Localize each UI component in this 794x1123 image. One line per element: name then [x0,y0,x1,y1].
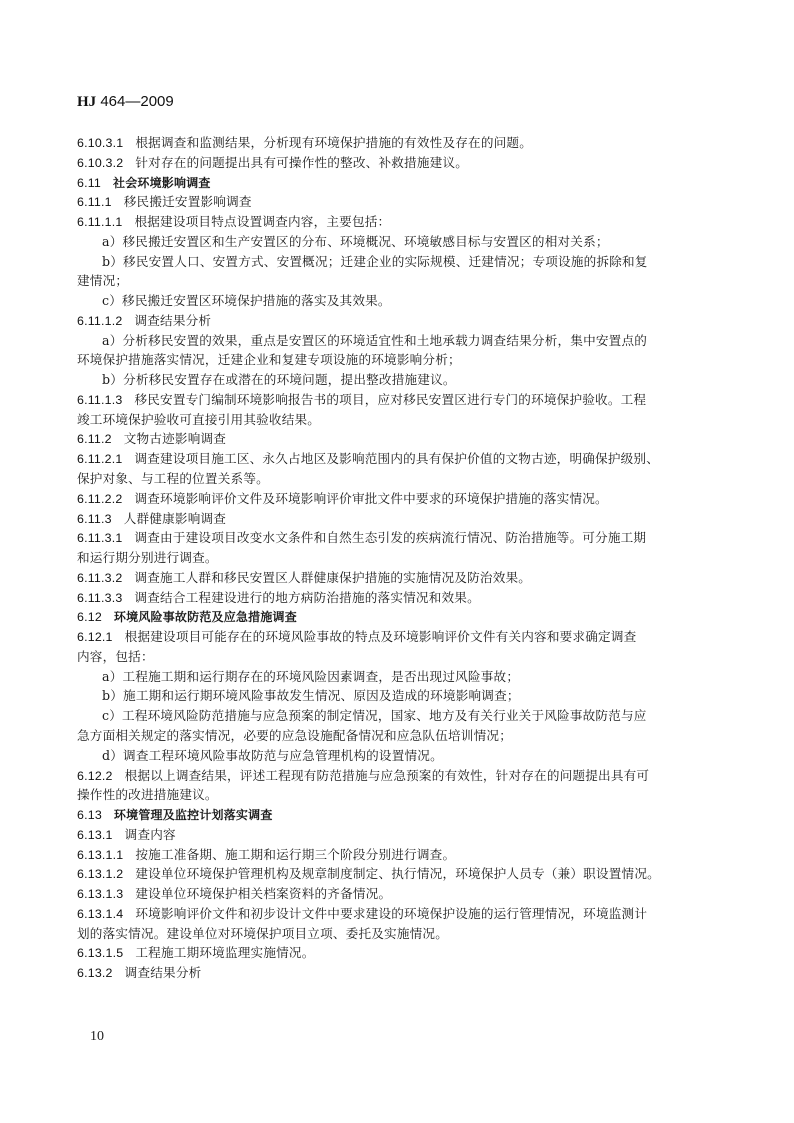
clause-text: 划的落实情况。建设单位对环境保护项目立项、委托及实施情况。 [77,926,448,941]
clause-number: 6.10.3.1 [77,134,123,153]
clause-number: 6.13.2 [77,964,113,983]
list-item: b）施工期和运行期环境风险事故发生情况、原因及造成的环境影响调查； [77,686,719,706]
clause-line: 6.13.1调查内容 [77,825,719,845]
paragraph-continuation: 保护对象、与工程的位置关系等。 [77,469,719,489]
paragraph-continuation: 划的落实情况。建设单位对环境保护项目立项、委托及实施情况。 [77,924,719,944]
clause-text: 调查结果分析 [134,313,211,328]
clause-line: 6.11.1移民搬迁安置影响调查 [77,192,719,212]
clause-number: 6.11.1 [77,193,112,212]
clause-text: 调查结果分析 [125,965,202,980]
paragraph-continuation: 和运行期分别进行调查。 [77,548,719,568]
clause-line: 6.13.1.4环境影响评价文件和初步设计文件中要求建设的环境保护设施的运行管理… [77,904,719,924]
clause-text: 环境保护措施落实情况，迁建企业和复建专项设施的环境影响分析； [77,352,461,367]
list-item: b）分析移民安置存在或潜在的环境问题，提出整改措施建议。 [77,370,719,390]
clause-number: 6.11.2 [77,430,112,449]
clause-number: 6.11.1.1 [77,213,122,232]
clause-text: 按施工准备期、施工期和运行期三个阶段分别进行调查。 [135,847,455,862]
paragraph-continuation: 操作性的改进措施建议。 [77,785,719,805]
clause-line: 6.11.1.3移民安置专门编制环境影响报告书的项目，应对移民安置区进行专门的环… [77,390,719,410]
clause-line: 6.11.3.1调查由于建设项目改变水文条件和自然生态引发的疾病流行情况、防治措… [77,528,719,548]
clause-text: 根据以上调查结果，评述工程现有防范措施与应急预案的有效性，针对存在的问题提出具有… [125,768,650,783]
clause-line: 6.11.2文物古迹影响调查 [77,429,719,449]
clause-line: 6.11.3.2调查施工人群和移民安置区人群健康保护措施的实施情况及防治效果。 [77,568,719,588]
clause-line: 6.11.3.3调查结合工程建设进行的地方病防治措施的落实情况和效果。 [77,588,719,608]
section-heading: 6.11社会环境影响调查 [77,173,719,193]
clause-text: 竣工环境保护验收可直接引用其验收结果。 [77,412,320,427]
clause-text: 调查由于建设项目改变水文条件和自然生态引发的疾病流行情况、防治措施等。可分施工期 [134,530,646,545]
clause-text: 调查施工人群和移民安置区人群健康保护措施的实施情况及防治效果。 [134,570,531,585]
clause-text: a）工程施工期和运行期存在的环境风险因素调查，是否出现过风险事故； [102,669,519,684]
clause-text: 和运行期分别进行调查。 [77,550,218,565]
clause-text: 根据调查和监测结果，分析现有环境保护措施的有效性及存在的问题。 [135,135,532,150]
clause-number: 6.12.2 [77,767,113,786]
list-item: d）调查工程环境风险事故防范与应急管理机构的设置情况。 [77,746,719,766]
clause-text: b）分析移民安置存在或潜在的环境问题，提出整改措施建议。 [102,372,456,387]
clause-text: 建设单位环境保护管理机构及规章制度制定、执行情况，环境保护人员专（兼）职设置情况… [135,866,660,881]
standard-code: 464—2009 [96,93,174,110]
clause-text: 调查内容 [125,827,176,842]
document-body: 6.10.3.1根据调查和监测结果，分析现有环境保护措施的有效性及存在的问题。6… [77,133,719,983]
clause-line: 6.12.1根据建设项目可能存在的环境风险事故的特点及环境影响评价文件有关内容和… [77,627,719,647]
standard-prefix: HJ [77,94,96,110]
clause-number: 6.12 [77,608,102,627]
clause-line: 6.13.2调查结果分析 [77,963,719,983]
document-header: HJ 464—2009 [77,93,174,111]
clause-text: 环境管理及监控计划落实调查 [114,808,273,822]
paragraph-continuation: 竣工环境保护验收可直接引用其验收结果。 [77,410,719,430]
clause-line: 6.13.1.3建设单位环境保护相关档案资料的齐备情况。 [77,884,719,904]
clause-number: 6.13 [77,806,102,825]
clause-line: 6.11.2.1调查建设项目施工区、永久占地区及影响范围内的具有保护价值的文物古… [77,449,719,469]
clause-line: 6.11.1.2调查结果分析 [77,311,719,331]
clause-number: 6.13.1 [77,826,113,845]
clause-line: 6.13.1.2建设单位环境保护管理机构及规章制度制定、执行情况，环境保护人员专… [77,864,719,884]
clause-line: 6.12.2根据以上调查结果，评述工程现有防范措施与应急预案的有效性，针对存在的… [77,766,719,786]
clause-number: 6.13.1.2 [77,865,123,884]
clause-number: 6.11.2.2 [77,490,122,509]
clause-text: 环境影响评价文件和初步设计文件中要求建设的环境保护设施的运行管理情况，环境监测计 [135,906,647,921]
paragraph-continuation: 内容，包括： [77,647,719,667]
list-item: a）移民搬迁安置区和生产安置区的分布、环境概况、环境敏感目标与安置区的相对关系； [77,232,719,252]
clause-line: 6.11.2.2调查环境影响评价文件及环境影响评价审批文件中要求的环境保护措施的… [77,489,719,509]
clause-line: 6.11.3人群健康影响调查 [77,509,719,529]
clause-text: 根据建设项目特点设置调查内容，主要包括： [134,214,390,229]
clause-line: 6.13.1.1按施工准备期、施工期和运行期三个阶段分别进行调查。 [77,845,719,865]
clause-number: 6.13.1.1 [77,846,123,865]
section-heading: 6.13环境管理及监控计划落实调查 [77,805,719,825]
clause-text: c）工程环境风险防范措施与应急预案的制定情况，国家、地方及有关行业关于风险事故防… [102,708,647,723]
clause-number: 6.11.3 [77,510,112,529]
clause-number: 6.11.1.2 [77,312,122,331]
clause-text: 人群健康影响调查 [124,511,226,526]
paragraph-continuation: 环境保护措施落实情况，迁建企业和复建专项设施的环境影响分析； [77,350,719,370]
clause-text: 文物古迹影响调查 [124,431,226,446]
clause-text: b）移民安置人口、安置方式、安置概况；迁建企业的实际规模、迁建情况；专项设施的拆… [102,254,648,269]
clause-number: 6.13.1.3 [77,885,123,904]
clause-text: 建情况； [77,273,128,288]
clause-number: 6.11.3.2 [77,569,122,588]
clause-text: 工程施工期环境监理实施情况。 [135,945,314,960]
clause-number: 6.11.3.1 [77,529,122,548]
clause-text: 移民安置专门编制环境影响报告书的项目，应对移民安置区进行专门的环境保护验收。工程 [134,392,646,407]
list-item: a）工程施工期和运行期存在的环境风险因素调查，是否出现过风险事故； [77,667,719,687]
clause-number: 6.13.1.4 [77,905,123,924]
clause-text: 移民搬迁安置影响调查 [124,194,252,209]
clause-text: b）施工期和运行期环境风险事故发生情况、原因及造成的环境影响调查； [102,688,520,703]
clause-line: 6.13.1.5工程施工期环境监理实施情况。 [77,943,719,963]
clause-line: 6.10.3.2针对存在的问题提出具有可操作性的整改、补救措施建议。 [77,153,719,173]
clause-text: 保护对象、与工程的位置关系等。 [77,471,269,486]
list-item: c）移民搬迁安置区环境保护措施的落实及其效果。 [77,291,719,311]
clause-text: a）移民搬迁安置区和生产安置区的分布、环境概况、环境敏感目标与安置区的相对关系； [102,234,609,249]
section-heading: 6.12环境风险事故防范及应急措施调查 [77,607,719,627]
clause-text: 操作性的改进措施建议。 [77,787,218,802]
clause-number: 6.12.1 [77,628,113,647]
clause-text: 调查结合工程建设进行的地方病防治措施的落实情况和效果。 [134,590,479,605]
clause-text: 内容，包括： [77,649,154,664]
clause-number: 6.11.1.3 [77,391,122,410]
clause-text: a）分析移民安置的效果，重点是安置区的环境适宜性和土地承载力调查结果分析，集中安… [102,333,647,348]
clause-number: 6.11.3.3 [77,589,122,608]
clause-number: 6.11 [77,174,101,193]
clause-line: 6.11.1.1根据建设项目特点设置调查内容，主要包括： [77,212,719,232]
list-item: a）分析移民安置的效果，重点是安置区的环境适宜性和土地承载力调查结果分析，集中安… [77,331,719,351]
clause-line: 6.10.3.1根据调查和监测结果，分析现有环境保护措施的有效性及存在的问题。 [77,133,719,153]
list-item: c）工程环境风险防范措施与应急预案的制定情况，国家、地方及有关行业关于风险事故防… [77,706,719,726]
clause-number: 6.11.2.1 [77,450,122,469]
page-number: 10 [90,1029,104,1045]
clause-text: 根据建设项目可能存在的环境风险事故的特点及环境影响评价文件有关内容和要求确定调查 [125,629,637,644]
clause-number: 6.13.1.5 [77,944,123,963]
paragraph-continuation: 建情况； [77,271,719,291]
clause-text: 社会环境影响调查 [113,176,211,190]
clause-text: 建设单位环境保护相关档案资料的齐备情况。 [135,886,391,901]
paragraph-continuation: 急方面相关规定的落实情况，必要的应急设施配备情况和应急队伍培训情况； [77,726,719,746]
clause-text: 调查建设项目施工区、永久占地区及影响范围内的具有保护价值的文物古迹，明确保护级别… [134,451,659,466]
clause-text: 针对存在的问题提出具有可操作性的整改、补救措施建议。 [135,155,468,170]
clause-text: 环境风险事故防范及应急措施调查 [114,610,297,624]
clause-text: 急方面相关规定的落实情况，必要的应急设施配备情况和应急队伍培训情况； [77,728,512,743]
list-item: b）移民安置人口、安置方式、安置概况；迁建企业的实际规模、迁建情况；专项设施的拆… [77,252,719,272]
clause-text: c）移民搬迁安置区环境保护措施的落实及其效果。 [102,293,391,308]
clause-text: 调查环境影响评价文件及环境影响评价审批文件中要求的环境保护措施的落实情况。 [134,491,607,506]
clause-text: d）调查工程环境风险事故防范与应急管理机构的设置情况。 [102,748,443,763]
clause-number: 6.10.3.2 [77,154,123,173]
